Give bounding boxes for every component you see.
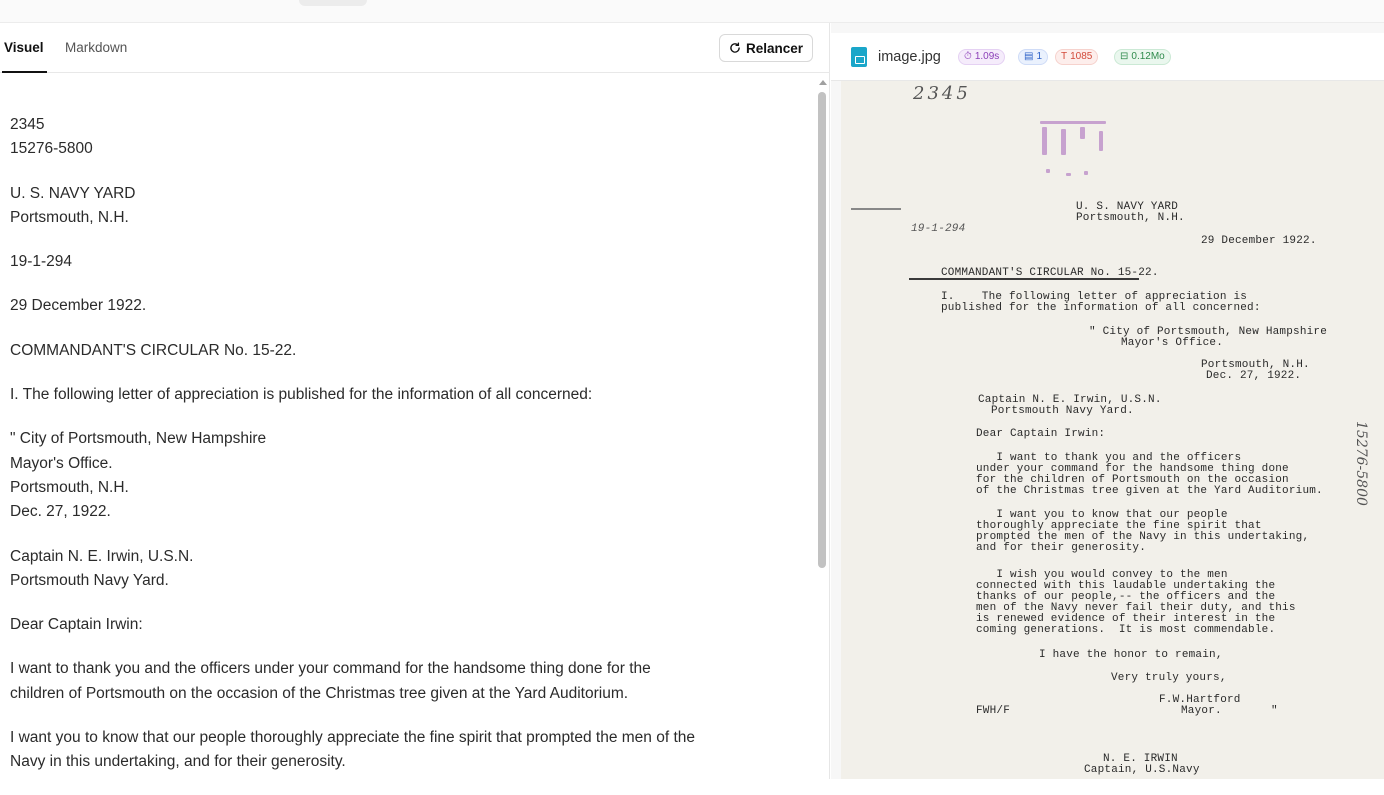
text-line: Mayor's Office. bbox=[10, 452, 800, 476]
text-line: 15276-5800 bbox=[10, 137, 800, 161]
scan-line: Mayor's Office. bbox=[1121, 337, 1223, 349]
scan-line: 29 December 1922. bbox=[1201, 235, 1317, 247]
processing-time-badge: ⏱1.09s bbox=[958, 49, 1005, 65]
text-line: I. The following letter of appreciation … bbox=[10, 383, 800, 407]
text-block-salutation: Dear Captain Irwin: bbox=[10, 613, 800, 637]
view-tabs: Visuel Markdown Relancer bbox=[0, 23, 830, 73]
text-line: Dear Captain Irwin: bbox=[10, 613, 800, 637]
scan-line: Portsmouth Navy Yard. bbox=[991, 405, 1134, 417]
text-block-city: " City of Portsmouth, New HampshireMayor… bbox=[10, 427, 800, 524]
text-line: COMMANDANT'S CIRCULAR No. 15-22. bbox=[10, 339, 800, 363]
scan-line: published for the information of all con… bbox=[941, 302, 1261, 314]
top-tab-handle[interactable] bbox=[299, 0, 367, 6]
scan-line: Mayor. bbox=[1181, 705, 1222, 717]
text-block-ref: 19-1-294 bbox=[10, 250, 800, 274]
text-line: Captain N. E. Irwin, U.S.N. bbox=[10, 545, 800, 569]
text-block-addressee: Captain N. E. Irwin, U.S.N.Portsmouth Na… bbox=[10, 545, 800, 594]
page-count-badge: ▤1 bbox=[1018, 49, 1048, 65]
tab-visuel[interactable]: Visuel bbox=[4, 40, 44, 55]
timer-icon: ⏱ bbox=[964, 50, 972, 64]
text-icon: T bbox=[1061, 50, 1067, 64]
file-name: image.jpg bbox=[878, 49, 941, 65]
scanned-document-image: 2345 U. S. NAVY YARD Portsmouth, N.H. 19… bbox=[841, 81, 1384, 779]
scan-line: Dear Captain Irwin: bbox=[976, 428, 1105, 440]
text-line: I want to thank you and the officers und… bbox=[10, 657, 800, 681]
scan-line: Very truly yours, bbox=[1111, 672, 1227, 684]
scan-line: and for their generosity. bbox=[976, 542, 1146, 554]
active-tab-indicator bbox=[2, 71, 47, 73]
text-line: " City of Portsmouth, New Hampshire bbox=[10, 427, 800, 451]
extracted-text: 234515276-5800 U. S. NAVY YARDPortsmouth… bbox=[10, 113, 800, 779]
tab-markdown[interactable]: Markdown bbox=[65, 40, 127, 55]
scan-line: FWH/F bbox=[976, 705, 1010, 717]
file-size-badge: ⊟0.12Mo bbox=[1114, 49, 1171, 65]
source-preview-panel: image.jpg ⏱1.09s ▤1 T1085 ⊟0.12Mo 2345 U… bbox=[831, 23, 1384, 779]
scan-line: Dec. 27, 1922. bbox=[1206, 370, 1301, 382]
text-block-intro: I. The following letter of appreciation … bbox=[10, 383, 800, 407]
relancer-button[interactable]: Relancer bbox=[719, 34, 813, 62]
scroll-thumb[interactable] bbox=[818, 92, 826, 568]
text-line: 19-1-294 bbox=[10, 250, 800, 274]
text-line: Dec. 27, 1922. bbox=[10, 500, 800, 524]
text-line: 29 December 1922. bbox=[10, 294, 800, 318]
text-block-date: 29 December 1922. bbox=[10, 294, 800, 318]
text-block-para2: I want you to know that our people thoro… bbox=[10, 726, 800, 775]
scan-line: of the Christmas tree given at the Yard … bbox=[976, 485, 1323, 497]
text-line: Portsmouth, N.H. bbox=[10, 476, 800, 500]
pen-underline bbox=[909, 278, 1139, 280]
scan-line: 19-1-294 bbox=[911, 223, 965, 235]
text-line: I want you to know that our people thoro… bbox=[10, 726, 800, 750]
badge-value: 0.12Mo bbox=[1131, 50, 1164, 64]
scroll-up-arrow-icon[interactable] bbox=[819, 80, 827, 85]
storage-icon: ⊟ bbox=[1120, 50, 1128, 64]
text-block-ids: 234515276-5800 bbox=[10, 113, 800, 162]
text-line: children of Portsmouth on the occasion o… bbox=[10, 682, 800, 706]
top-bar bbox=[0, 0, 1384, 23]
page-icon: ▤ bbox=[1024, 50, 1033, 64]
image-file-icon bbox=[851, 47, 867, 67]
handwritten-side-note: 15276-5800 bbox=[1353, 421, 1369, 506]
text-scrollbar[interactable] bbox=[816, 76, 828, 779]
badge-value: 1 bbox=[1036, 50, 1042, 64]
text-line: Portsmouth Navy Yard. bbox=[10, 569, 800, 593]
file-info-bar: image.jpg ⏱1.09s ▤1 T1085 ⊟0.12Mo bbox=[831, 33, 1384, 81]
scan-line: coming generations. It is most commendab… bbox=[976, 624, 1275, 636]
handwritten-number: 2345 bbox=[913, 83, 971, 104]
text-block-circular: COMMANDANT'S CIRCULAR No. 15-22. bbox=[10, 339, 800, 363]
text-line: Navy in this undertaking, and for their … bbox=[10, 750, 800, 774]
ink-stamp bbox=[1036, 121, 1111, 181]
scan-line: I have the honor to remain, bbox=[1039, 649, 1223, 661]
pen-mark bbox=[851, 208, 901, 210]
scan-line: Portsmouth, N.H. bbox=[1076, 212, 1185, 224]
token-count-badge: T1085 bbox=[1055, 49, 1098, 65]
scan-line: Captain, U.S.Navy bbox=[1084, 764, 1200, 776]
relancer-label: Relancer bbox=[746, 41, 803, 56]
result-panel: Visuel Markdown Relancer 234515276-5800 … bbox=[0, 23, 830, 779]
text-block-header: U. S. NAVY YARDPortsmouth, N.H. bbox=[10, 182, 800, 231]
scan-line: " bbox=[1271, 705, 1278, 717]
text-line: U. S. NAVY YARD bbox=[10, 182, 800, 206]
badge-value: 1085 bbox=[1070, 50, 1092, 64]
refresh-icon bbox=[729, 42, 741, 54]
text-line: Portsmouth, N.H. bbox=[10, 206, 800, 230]
text-block-para1: I want to thank you and the officers und… bbox=[10, 657, 800, 706]
text-line: 2345 bbox=[10, 113, 800, 137]
badge-value: 1.09s bbox=[975, 50, 999, 64]
